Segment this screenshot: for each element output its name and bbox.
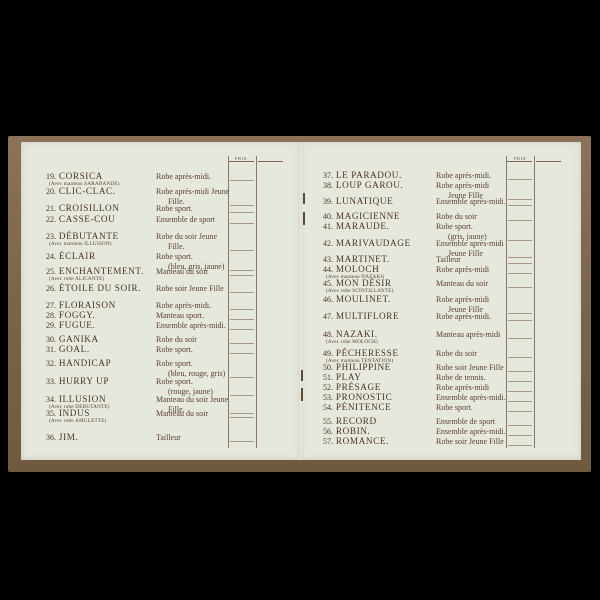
price-blank xyxy=(230,441,254,442)
garment-description: Ensemble après-midi. xyxy=(156,321,226,331)
entry-line: 32. HANDICAP xyxy=(46,358,111,369)
price-blank xyxy=(230,319,254,320)
entry-number: 46. xyxy=(323,295,333,304)
model-name: ROMANCE. xyxy=(333,436,389,446)
model-name: PHILIPPINE xyxy=(333,362,391,372)
entry-number: 49. xyxy=(323,349,333,358)
garment-description: Robe soir Jeune Fille xyxy=(436,363,504,373)
entry-number: 40. xyxy=(323,212,333,221)
entry-number: 30. xyxy=(46,335,56,344)
entry-line: 20. CLIC-CLAC. xyxy=(46,186,116,197)
model-name: MARAUDE. xyxy=(333,221,389,231)
garment-description: Manteau après-midi xyxy=(436,330,500,340)
model-name: CLIC-CLAC. xyxy=(56,186,116,196)
garment-description: Robe sport. xyxy=(436,403,473,413)
entry-note: (Avec robe MOLOCH) xyxy=(326,339,378,345)
price-blank xyxy=(508,287,532,288)
entry-number: 43. xyxy=(323,255,333,264)
price-blank xyxy=(230,250,254,251)
entry-number: 48. xyxy=(323,330,333,339)
entry-number: 25. xyxy=(46,267,56,276)
entry-number: 42. xyxy=(323,239,333,248)
garment-description: Robe de tennis. xyxy=(436,373,486,383)
price-blank xyxy=(508,391,532,392)
model-name: MON DÉSIR xyxy=(333,278,392,288)
price-blank xyxy=(230,292,254,293)
model-name: HURRY UP xyxy=(56,376,109,386)
entry-line: 46. MOULINET. xyxy=(323,294,391,305)
model-name: FLORAISON xyxy=(56,300,116,310)
garment-description: Robe après-midi xyxy=(436,295,489,305)
entry-line: 26. ÉTOILE DU SOIR. xyxy=(46,283,141,294)
entry-number: 26. xyxy=(46,284,56,293)
entry-number: 21. xyxy=(46,204,56,213)
entry-number: 27. xyxy=(46,301,56,310)
model-name: LOUP GAROU. xyxy=(333,180,403,190)
entry-number: 41. xyxy=(323,222,333,231)
entry-line: 24. ÉCLAIR xyxy=(46,251,96,262)
grid-line xyxy=(258,161,283,162)
entry-line: 47. MULTIFLORE xyxy=(323,311,399,322)
model-name: CROISILLON xyxy=(56,203,120,213)
entry-line: 33. HURRY UP xyxy=(46,376,109,387)
price-blank xyxy=(508,381,532,382)
price-blank xyxy=(230,329,254,330)
grid-line xyxy=(256,156,257,448)
grid-line xyxy=(534,156,535,448)
model-name: PÉCHERESSE xyxy=(333,348,399,358)
price-blank xyxy=(230,180,254,181)
entry-number: 19. xyxy=(46,172,56,181)
model-name: CORSICA xyxy=(56,171,103,181)
entry-number: 51. xyxy=(323,373,333,382)
entry-note: (Avec manteau ILLUSION) xyxy=(49,241,112,247)
price-blank xyxy=(508,257,532,258)
model-name: GOAL. xyxy=(56,344,90,354)
price-blank xyxy=(508,263,532,264)
garment-description: Fille. xyxy=(168,242,185,252)
price-blank xyxy=(230,205,254,206)
garment-description: Ensemble après-midi. xyxy=(436,427,506,437)
entry-number: 56. xyxy=(323,427,333,436)
entry-number: 45. xyxy=(323,279,333,288)
garment-description: Manteau du soir Jeune xyxy=(156,395,228,405)
garment-description: Manteau sport. xyxy=(156,311,204,321)
entry-line: 36. JIM. xyxy=(46,432,78,443)
price-blank xyxy=(508,273,532,274)
garment-description: Robe sport. xyxy=(156,204,193,214)
center-fold xyxy=(299,142,301,460)
garment-description: Manteau du soir xyxy=(156,409,208,419)
price-blank xyxy=(230,377,254,378)
entry-number: 57. xyxy=(323,437,333,446)
price-blank xyxy=(508,401,532,402)
garment-description: Robe du soir xyxy=(436,212,477,222)
model-name: FUGUE. xyxy=(56,320,95,330)
garment-description: Robe sport. xyxy=(156,252,193,262)
price-blank xyxy=(230,270,254,271)
model-name: ILLUSION xyxy=(56,394,106,404)
garment-description: Ensemble de sport xyxy=(436,417,495,427)
garment-description: Robe sport. xyxy=(156,345,193,355)
garment-description: Robe sport. xyxy=(436,222,473,232)
garment-description: Robe soir Jeune Fille xyxy=(436,437,504,447)
garment-description: Robe après-midi xyxy=(436,265,489,275)
entry-number: 32. xyxy=(46,359,56,368)
entry-number: 53. xyxy=(323,393,333,402)
entry-number: 34. xyxy=(46,395,56,404)
entry-line: 54. PÉNITENCE xyxy=(323,402,391,413)
price-blank xyxy=(230,353,254,354)
entry-line: 41. MARAUDE. xyxy=(323,221,389,232)
price-blank xyxy=(508,357,532,358)
garment-description: Tailleur xyxy=(436,255,461,265)
entry-number: 55. xyxy=(323,417,333,426)
price-blank xyxy=(230,275,254,276)
model-name: ÉCLAIR xyxy=(56,251,96,261)
garment-description: Ensemble après-midi. xyxy=(436,393,506,403)
model-name: DÉBUTANTE xyxy=(56,231,119,241)
price-blank xyxy=(230,417,254,418)
garment-description: Robe sport. xyxy=(156,359,193,369)
model-name: PRONOSTIC xyxy=(333,392,392,402)
price-blank xyxy=(230,413,254,414)
price-blank xyxy=(508,240,532,241)
entry-note: (Avec robe ALICANTE) xyxy=(49,276,104,282)
grid-line xyxy=(507,161,532,162)
entry-number: 39. xyxy=(323,197,333,206)
model-name: PÉNITENCE xyxy=(333,402,391,412)
staple-bottom-2 xyxy=(301,388,303,401)
price-blank xyxy=(230,395,254,396)
model-name: LUNATIQUE xyxy=(333,196,393,206)
model-name: MOULINET. xyxy=(333,294,391,304)
price-blank xyxy=(508,199,532,200)
model-name: INDUS xyxy=(56,408,90,418)
model-name: MAGICIENNE xyxy=(333,211,400,221)
entry-note: (Avec robe AMULETTE) xyxy=(49,418,107,424)
garment-description: Robe après-midi. xyxy=(156,301,211,311)
entry-line: 42. MARIVAUDAGE xyxy=(323,238,411,249)
entry-number: 23. xyxy=(46,232,56,241)
model-name: NAZAKI. xyxy=(333,329,378,339)
price-blank xyxy=(508,445,532,446)
garment-description: Robe après-midi xyxy=(436,383,489,393)
garment-description: Robe après-midi xyxy=(436,181,489,191)
price-blank xyxy=(508,205,532,206)
price-blank xyxy=(508,338,532,339)
model-name: FOGGY. xyxy=(56,310,95,320)
price-blank xyxy=(508,435,532,436)
entry-line: 39. LUNATIQUE xyxy=(323,196,393,207)
entry-number: 24. xyxy=(46,252,56,261)
entry-line: 22. CASSE-COU xyxy=(46,214,115,225)
model-name: GANIKA xyxy=(56,334,99,344)
entry-number: 22. xyxy=(46,215,56,224)
garment-description: Robe du soir xyxy=(156,335,197,345)
entry-number: 52. xyxy=(323,383,333,392)
entry-number: 38. xyxy=(323,181,333,190)
model-name: CASSE-COU xyxy=(56,214,115,224)
garment-description: Robe soir Jeune Fille xyxy=(156,284,224,294)
entry-line: 57. ROMANCE. xyxy=(323,436,389,447)
model-name: ROBIN. xyxy=(333,426,370,436)
model-name: RECORD xyxy=(333,416,377,426)
entry-number: 36. xyxy=(46,433,56,442)
entry-number: 54. xyxy=(323,403,333,412)
price-blank xyxy=(508,425,532,426)
staple-top-1 xyxy=(303,193,305,204)
model-name: MOLOCH xyxy=(333,264,379,274)
garment-description: Robe sport. xyxy=(156,377,193,387)
price-blank xyxy=(508,411,532,412)
grid-line xyxy=(536,161,561,162)
model-name: MULTIFLORE xyxy=(333,311,399,321)
garment-description: Robe après-midi. xyxy=(436,171,491,181)
garment-description: Robe du soir Jeune xyxy=(156,232,217,242)
entry-line: 38. LOUP GAROU. xyxy=(323,180,403,191)
model-name: ÉTOILE DU SOIR. xyxy=(56,283,141,293)
garment-description: Ensemble de sport xyxy=(156,215,215,225)
garment-description: Tailleur xyxy=(156,433,181,443)
entry-number: 20. xyxy=(46,187,56,196)
price-blank xyxy=(230,212,254,213)
garment-description: Manteau du soir xyxy=(436,279,488,289)
price-blank xyxy=(230,223,254,224)
garment-description: Robe du soir xyxy=(436,349,477,359)
entry-number: 28. xyxy=(46,311,56,320)
staple-top-2 xyxy=(303,212,305,225)
entry-line: 21. CROISILLON xyxy=(46,203,120,214)
price-blank xyxy=(508,220,532,221)
price-blank xyxy=(508,320,532,321)
price-blank xyxy=(230,343,254,344)
price-blank xyxy=(508,371,532,372)
garment-description: Robe après-midi Jeune xyxy=(156,187,229,197)
model-name: MARTINET. xyxy=(333,254,390,264)
garment-description: Manteau du soir xyxy=(156,267,208,277)
model-name: PLAY xyxy=(333,372,361,382)
entry-number: 33. xyxy=(46,377,56,386)
price-blank xyxy=(508,313,532,314)
garment-description: Ensemble après-midi xyxy=(436,239,504,249)
grid-line xyxy=(506,156,507,448)
model-name: LE PARADOU. xyxy=(333,170,402,180)
model-name: PRÉSAGE xyxy=(333,382,381,392)
grid-line xyxy=(229,161,254,162)
model-name: ENCHANTEMENT. xyxy=(56,266,144,276)
garment-description: Robe après-midi. xyxy=(436,312,491,322)
price-blank xyxy=(508,179,532,180)
entry-line: 29. FUGUE. xyxy=(46,320,95,331)
entry-number: 47. xyxy=(323,312,333,321)
model-name: MARIVAUDAGE xyxy=(333,238,411,248)
model-name: HANDICAP xyxy=(56,358,111,368)
entry-number: 29. xyxy=(46,321,56,330)
entry-number: 31. xyxy=(46,345,56,354)
staple-bottom-1 xyxy=(301,370,303,381)
entry-number: 50. xyxy=(323,363,333,372)
price-blank xyxy=(230,309,254,310)
entry-number: 35. xyxy=(46,409,56,418)
entry-number: 44. xyxy=(323,265,333,274)
entry-line: 31. GOAL. xyxy=(46,344,90,355)
garment-description: Ensemble après-midi. xyxy=(436,197,506,207)
garment-description: Robe après-midi. xyxy=(156,172,211,182)
model-name: JIM. xyxy=(56,432,78,442)
entry-number: 37. xyxy=(323,171,333,180)
